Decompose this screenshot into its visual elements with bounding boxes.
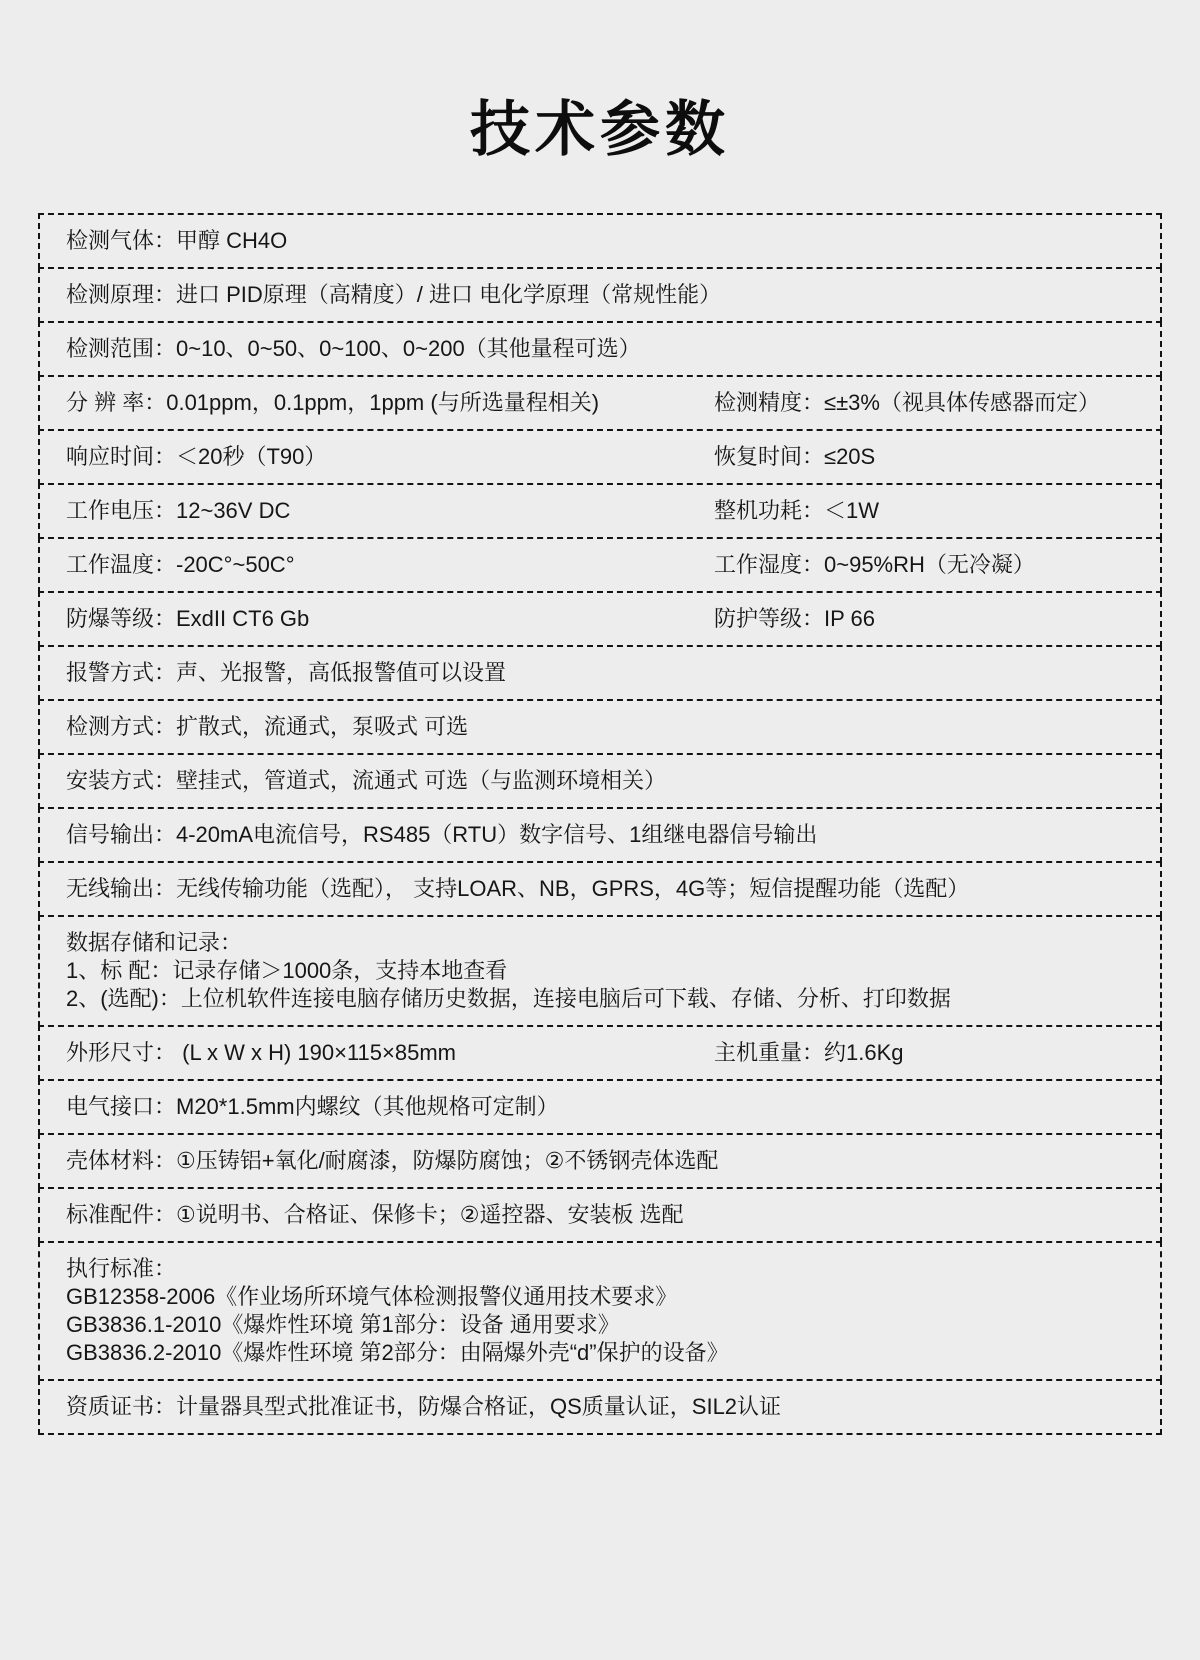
spec-cell-text: 报警方式：声、光报警，高低报警值可以设置 — [66, 659, 1134, 687]
spec-cell-text: 检测原理：进口 PID原理（高精度）/ 进口 电化学原理（常规性能） — [66, 281, 1134, 309]
spec-cell-text: 响应时间：＜20秒（T90） — [66, 443, 714, 471]
spec-cell-text: 检测精度：≤±3%（视具体传感器而定） — [714, 389, 1134, 417]
spec-row: 标准配件：①说明书、合格证、保修卡；②遥控器、安装板 选配 — [38, 1187, 1162, 1243]
spec-row: 数据存储和记录： 1、标 配：记录存储＞1000条，支持本地查看 2、(选配)：… — [38, 915, 1162, 1027]
spec-row: 分 辨 率：0.01ppm，0.1ppm，1ppm (与所选量程相关)检测精度：… — [38, 375, 1162, 431]
page-title: 技术参数 — [0, 82, 1200, 168]
spec-cell-text: 主机重量：约1.6Kg — [714, 1039, 1134, 1067]
spec-cell-text: 防护等级：IP 66 — [714, 605, 1134, 633]
spec-cell-text: 检测气体：甲醇 CH4O — [66, 227, 1134, 255]
spec-cell-text: 安装方式：壁挂式，管道式，流通式 可选（与监测环境相关） — [66, 767, 1134, 795]
spec-row: 检测范围：0~10、0~50、0~100、0~200（其他量程可选） — [38, 321, 1162, 377]
spec-row: 响应时间：＜20秒（T90）恢复时间：≤20S — [38, 429, 1162, 485]
spec-cell-text: 工作湿度：0~95%RH（无冷凝） — [714, 551, 1134, 579]
spec-cell-text: 整机功耗：＜1W — [714, 497, 1134, 525]
spec-row: 工作温度：-20C°~50C°工作湿度：0~95%RH（无冷凝） — [38, 537, 1162, 593]
spec-row: 执行标准： GB12358-2006《作业场所环境气体检测报警仪通用技术要求》 … — [38, 1241, 1162, 1381]
spec-row: 信号输出：4-20mA电流信号，RS485（RTU）数字信号、1组继电器信号输出 — [38, 807, 1162, 863]
spec-row: 安装方式：壁挂式，管道式，流通式 可选（与监测环境相关） — [38, 753, 1162, 809]
spec-cell-text: 标准配件：①说明书、合格证、保修卡；②遥控器、安装板 选配 — [66, 1201, 1134, 1229]
spec-row: 资质证书：计量器具型式批准证书，防爆合格证，QS质量认证，SIL2认证 — [38, 1379, 1162, 1435]
spec-cell-text: 分 辨 率：0.01ppm，0.1ppm，1ppm (与所选量程相关) — [66, 389, 714, 417]
spec-cell-text: 无线输出：无线传输功能（选配）， 支持LOAR、NB，GPRS，4G等；短信提醒… — [66, 875, 1134, 903]
spec-cell-text: 防爆等级：ExdII CT6 Gb — [66, 605, 714, 633]
spec-row: 壳体材料：①压铸铝+氧化/耐腐漆，防爆防腐蚀；②不锈钢壳体选配 — [38, 1133, 1162, 1189]
spec-table: 检测气体：甲醇 CH4O检测原理：进口 PID原理（高精度）/ 进口 电化学原理… — [38, 213, 1162, 1435]
spec-cell-text: 执行标准： GB12358-2006《作业场所环境气体检测报警仪通用技术要求》 … — [66, 1255, 1134, 1367]
spec-row: 检测原理：进口 PID原理（高精度）/ 进口 电化学原理（常规性能） — [38, 267, 1162, 323]
spec-row: 防爆等级：ExdII CT6 Gb防护等级：IP 66 — [38, 591, 1162, 647]
spec-cell-text: 工作温度：-20C°~50C° — [66, 551, 714, 579]
spec-row: 无线输出：无线传输功能（选配）， 支持LOAR、NB，GPRS，4G等；短信提醒… — [38, 861, 1162, 917]
spec-cell-text: 恢复时间：≤20S — [714, 443, 1134, 471]
spec-cell-text: 信号输出：4-20mA电流信号，RS485（RTU）数字信号、1组继电器信号输出 — [66, 821, 1134, 849]
spec-cell-text: 数据存储和记录： 1、标 配：记录存储＞1000条，支持本地查看 2、(选配)：… — [66, 929, 1134, 1013]
spec-cell-text: 壳体材料：①压铸铝+氧化/耐腐漆，防爆防腐蚀；②不锈钢壳体选配 — [66, 1147, 1134, 1175]
spec-row: 电气接口：M20*1.5mm内螺纹（其他规格可定制） — [38, 1079, 1162, 1135]
spec-cell-text: 工作电压：12~36V DC — [66, 497, 714, 525]
spec-row: 检测气体：甲醇 CH4O — [38, 213, 1162, 269]
spec-row: 工作电压：12~36V DC整机功耗：＜1W — [38, 483, 1162, 539]
spec-cell-text: 外形尺寸： (L x W x H) 190×115×85mm — [66, 1039, 714, 1067]
spec-row: 外形尺寸： (L x W x H) 190×115×85mm主机重量：约1.6K… — [38, 1025, 1162, 1081]
spec-row: 检测方式：扩散式，流通式，泵吸式 可选 — [38, 699, 1162, 755]
spec-cell-text: 检测范围：0~10、0~50、0~100、0~200（其他量程可选） — [66, 335, 1134, 363]
spec-row: 报警方式：声、光报警，高低报警值可以设置 — [38, 645, 1162, 701]
spec-cell-text: 检测方式：扩散式，流通式，泵吸式 可选 — [66, 713, 1134, 741]
spec-cell-text: 资质证书：计量器具型式批准证书，防爆合格证，QS质量认证，SIL2认证 — [66, 1393, 1134, 1421]
spec-cell-text: 电气接口：M20*1.5mm内螺纹（其他规格可定制） — [66, 1093, 1134, 1121]
